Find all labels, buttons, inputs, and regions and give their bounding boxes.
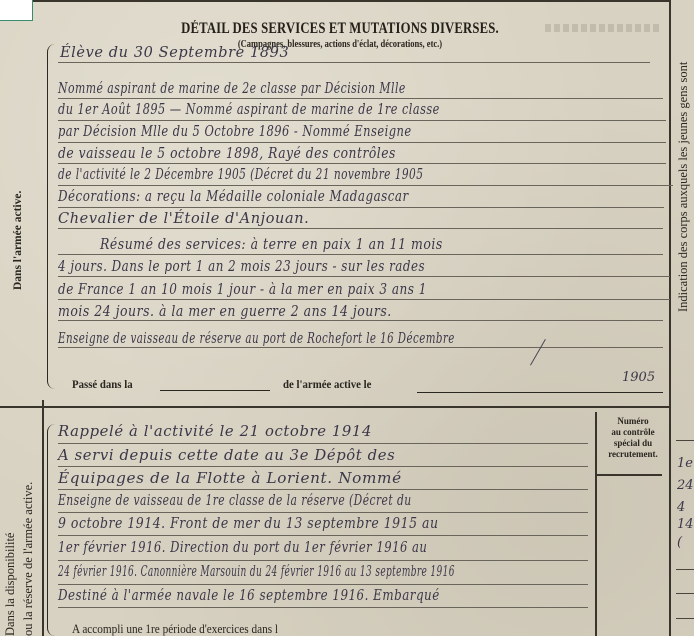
handwritten-entry: Nommé aspirant de marine de 2e classe pa…	[58, 80, 406, 98]
right-column-divider	[669, 0, 671, 636]
margin-rule	[676, 569, 694, 570]
handwritten-entry: de l'activité le 2 Décembre 1905 (Décret…	[58, 166, 423, 184]
ruled-line	[58, 254, 663, 255]
ruled-line	[58, 560, 588, 561]
ruled-line	[58, 584, 588, 585]
document-title: DÉTAIL DES SERVICES ET MUTATIONS DIVERSE…	[110, 20, 569, 38]
handwritten-entry: de vaisseau le 5 octobre 1898, Rayé des …	[58, 145, 396, 163]
reserve-left-border	[42, 400, 44, 636]
scan-corner-patch	[0, 0, 33, 21]
margin-rule	[676, 440, 694, 441]
ruled-line	[58, 299, 670, 300]
margin-entry: 4	[677, 500, 685, 515]
handwritten-entry: du 1er Août 1895 — Nommé aspirant de mar…	[58, 101, 440, 119]
reserve-section-brace	[47, 424, 55, 636]
bleed-through-text	[545, 24, 660, 32]
ruled-line	[58, 276, 670, 277]
handwritten-entry: Rappelé à l'activité le 21 octobre 1914	[58, 423, 372, 441]
recruitment-label-line: spécial du	[596, 438, 670, 449]
recruitment-label-line: au contrôle	[596, 427, 670, 438]
ruled-line	[58, 120, 666, 121]
exercise-period-label: A accompli une 1re période d'exercices d…	[72, 622, 278, 636]
ruled-line	[58, 466, 588, 467]
handwritten-entry: 1er février 1916. Direction du port du 1…	[58, 539, 427, 557]
recruitment-box-underline	[596, 474, 662, 476]
side-label-reserve-line2: ou la réserve de l'armée active.	[21, 482, 36, 636]
recruitment-label-line: Numéro	[596, 416, 670, 427]
ruled-line	[58, 62, 650, 63]
passe-dans-la-label: Passé dans la	[72, 377, 133, 392]
handwritten-entry: 9 octobre 1914. Front de mer du 13 septe…	[58, 515, 439, 533]
ruled-line	[58, 443, 588, 444]
ruled-line	[58, 142, 666, 143]
ruled-line	[58, 228, 663, 229]
handwritten-entry: Destiné à l'armée navale le 16 septembre…	[58, 587, 440, 605]
side-label-reserve-line1: Dans la disponibilité	[3, 533, 18, 636]
year-annotation: 1905	[622, 370, 655, 385]
right-margin-label: Indication des corps auxquels les jeunes…	[676, 62, 691, 312]
margin-entry: 24	[677, 478, 694, 493]
handwritten-entry: Résumé des services: à terre en paix 1 a…	[100, 236, 443, 254]
handwritten-entry: mois 24 jours. à la mer en guerre 2 ans …	[58, 303, 392, 321]
ruled-line	[58, 320, 663, 321]
handwritten-entry: Chevalier de l'Étoile d'Anjouan.	[58, 210, 309, 228]
handwritten-entry: de France 1 an 10 mois 1 jour - à la mer…	[58, 281, 427, 299]
margin-entry: 1er	[677, 456, 694, 471]
handwritten-entry: Équipages de la Flotte à Lorient. Nommé	[58, 470, 402, 488]
armee-active-blank-field	[417, 392, 663, 393]
recruitment-number-label: Numéro au contrôle spécial du recrutemen…	[596, 416, 670, 460]
recruitment-label-line: recrutement.	[596, 449, 670, 460]
margin-rule	[676, 618, 694, 619]
document-page: DÉTAIL DES SERVICES ET MUTATIONS DIVERSE…	[0, 0, 694, 636]
margin-entry: 14	[677, 517, 694, 532]
side-label-active-army: Dans l'armée active.	[12, 191, 24, 290]
handwritten-entry: Décorations: a reçu la Médaille colonial…	[58, 188, 409, 206]
ruled-line	[58, 535, 588, 536]
ruled-line	[58, 607, 588, 608]
handwritten-entry: A servi depuis cette date au 3e Dépôt de…	[58, 447, 395, 465]
section-divider	[0, 406, 669, 408]
handwritten-entry: Enseigne de vaisseau de 1re classe de la…	[58, 492, 412, 510]
top-border-rule	[33, 0, 669, 2]
handwritten-entry: 4 jours. Dans le port 1 an 2 mois 23 jou…	[58, 258, 425, 276]
ruled-line	[58, 98, 663, 99]
handwritten-entry: Élève du 30 Septembre 1893	[60, 44, 289, 62]
ruled-line	[58, 347, 663, 348]
handwritten-entry: Enseigne de vaisseau de réserve au port …	[58, 330, 455, 348]
ruled-line	[58, 185, 673, 186]
active-section-brace	[47, 44, 55, 389]
margin-entry: (	[677, 535, 682, 550]
passe-blank-field	[160, 390, 270, 391]
armee-active-label: de l'armée active le	[283, 377, 371, 392]
ruled-line	[58, 163, 666, 164]
handwritten-entry: 24 février 1916. Canonnière Marsouin du …	[58, 563, 455, 581]
ruled-line	[58, 489, 588, 490]
pen-stroke	[530, 339, 546, 366]
margin-rule	[676, 593, 694, 594]
handwritten-entry: par Décision Mlle du 5 Octobre 1896 - No…	[58, 123, 412, 141]
ruled-line	[58, 512, 588, 513]
ruled-line	[58, 207, 664, 208]
